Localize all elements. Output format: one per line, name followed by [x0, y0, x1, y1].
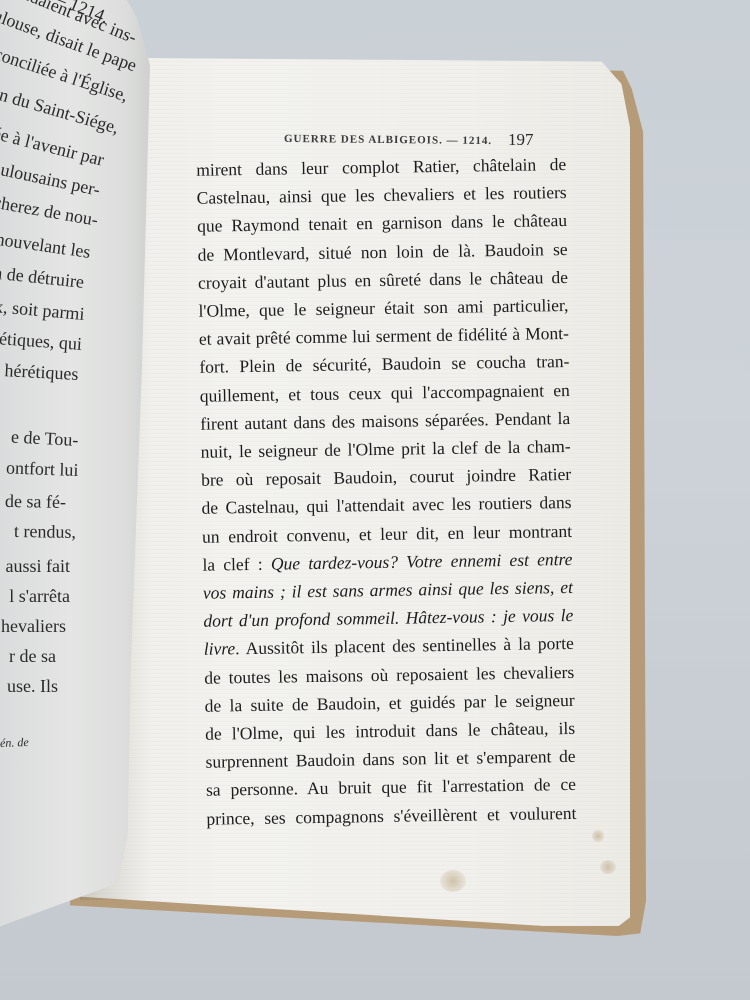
text-segment: fort. Plein de sécurité, Baudoin se couc…: [199, 351, 569, 377]
foxing-stain: [592, 830, 604, 842]
text-segment: mirent dans leur complot Ratier, châtela…: [196, 154, 566, 180]
text-segment: et avait prêté comme lui serment de fidé…: [199, 323, 569, 349]
text-segment: que Raymond tenait en garnison dans le c…: [197, 210, 567, 236]
italic-segment: livre: [204, 639, 236, 659]
left-page-line: es hérétiques: [0, 354, 79, 389]
text-segment: de toutes les maisons où reposaient les …: [204, 662, 574, 688]
text-segment: de l'Olme, qui les introduit dans le châ…: [205, 718, 575, 744]
text-segment: de Montlevard, situé non loin de là. Bau…: [197, 239, 567, 265]
italic-segment: vos mains ; il est sans armes ainsi que …: [203, 577, 573, 603]
left-page-line: érétiques, qui: [0, 322, 83, 359]
text-segment: sa personne. Au bruit que fit l'arrestat…: [206, 774, 576, 800]
left-page-line: e de Tou-: [10, 421, 79, 454]
running-header: GUERRE DES ALBIGEOIS. — 1214.: [284, 133, 492, 147]
text-segment: un endroit convenu, et leur dit, en leur…: [202, 521, 572, 547]
left-page-line: t rendus,: [14, 516, 77, 547]
foxing-stain: [600, 860, 616, 874]
foxing-stain: [440, 870, 466, 892]
text-segment: de Castelnau, qui l'attendait avec les r…: [201, 492, 571, 518]
text-segment: firent autant dans des maisons séparées.…: [200, 408, 570, 434]
text-segment: nuit, le seigneur de l'Olme prit la clef…: [201, 436, 571, 462]
left-page-line: de sa fé-: [5, 486, 66, 517]
italic-segment: dort d'un profond sommeil. Hâtez-vous : …: [203, 605, 573, 631]
text-segment: . Aussitôt ils placent des sentinelles à…: [235, 633, 574, 658]
left-page-line: ontfort lui: [5, 452, 79, 485]
left-page-line: r de sa: [9, 641, 56, 671]
left-page-text: — 1214.mandaient avec ins-ulouse, disait…: [0, 0, 140, 760]
left-page-line: aussi fait: [6, 551, 71, 581]
text-segment: bre où reposait Baudoin, courut joindre …: [201, 464, 571, 490]
text-segment: surprennent Baudoin dans son lit et s'em…: [205, 746, 575, 772]
text-segment: de la suite de Baudoin, et guidés par le…: [205, 690, 575, 716]
left-page-line: l s'arrêta: [9, 581, 70, 611]
italic-segment: Que tardez-vous? Votre ennemi est entre: [271, 549, 573, 574]
page-number: 197: [508, 130, 534, 150]
text-segment: croyait d'autant plus en sûreté dans le …: [198, 267, 568, 293]
text-line: prince, ses compagnons s'éveillèrent et …: [206, 799, 576, 833]
text-segment: Castelnau, ainsi que les chevaliers et l…: [197, 182, 567, 208]
text-segment: quillement, et tous ceux qui l'accompagn…: [200, 380, 570, 406]
body-text: mirent dans leur complot Ratier, châtela…: [196, 150, 577, 833]
left-page-line: use. Ils: [7, 671, 58, 701]
text-segment: l'Olme, que le seigneur était son ami pa…: [198, 295, 568, 321]
left-page-line: gén. de: [0, 727, 29, 758]
text-segment: prince, ses compagnons s'éveillèrent et …: [206, 803, 576, 829]
left-page-line: hevaliers: [1, 611, 66, 641]
text-segment: la clef :: [202, 554, 271, 575]
